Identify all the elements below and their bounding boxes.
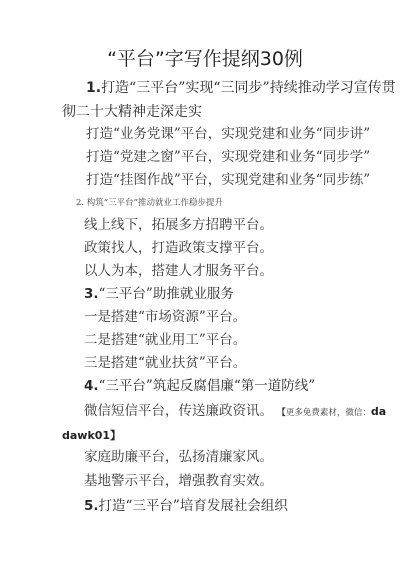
section-4-item: 基地警示平台，增强教育实效。 (84, 473, 273, 489)
section-3-heading-text: “三平台”助推就业服务 (99, 286, 234, 302)
section-1-item: 打造“业务党课”平台，实现党建和业务“同步讲” (86, 126, 370, 142)
document-page: “平台”字写作提纲30例 1.打造“三平台”实现“三同步”持续推动学习宣传贯 彻… (0, 0, 410, 580)
section-4-heading: 4.“三平台”筑起反腐倡廉“第一道防线” (84, 378, 315, 394)
section-2-heading: 2. 构筑“三平台”推动就业工作稳步提升 (76, 198, 223, 208)
section-4-heading-text: “三平台”筑起反腐倡廉“第一道防线” (99, 378, 316, 394)
section-3-item: 三是搭建“就业扶贫”平台。 (84, 355, 246, 371)
section-1-heading: 1.打造“三平台”实现“三同步”持续推动学习宣传贯 (86, 80, 396, 96)
section-4-item: 家庭助廉平台，弘扬清廉家风。 (84, 449, 273, 465)
section-4-item-text: 微信短信平台，传送廉政资讯。 (84, 403, 273, 419)
section-2-item: 以人为本，搭建人才服务平台。 (84, 263, 273, 279)
section-5-heading: 5.打造“三平台”培育发展社会组织 (84, 498, 288, 514)
section-5-number: 5. (84, 498, 99, 514)
promo-open-bracket: 【 (277, 408, 286, 418)
section-3-item: 二是搭建“就业用工”平台。 (84, 332, 246, 348)
section-2-item: 政策找人，打造政策支撑平台。 (84, 240, 273, 256)
section-3-heading: 3.“三平台”助推就业服务 (84, 286, 234, 302)
document-title: “平台”字写作提纲30例 (0, 47, 410, 71)
section-2-item: 线上线下，拓展多方招聘平台。 (84, 217, 273, 233)
promo-continuation: dawk01】 (62, 427, 121, 444)
section-3-item: 一是搭建“市场资源”平台。 (84, 309, 246, 325)
section-4-number: 4. (84, 378, 99, 394)
section-5-heading-text: 打造“三平台”培育发展社会组织 (99, 498, 288, 514)
section-1-number: 1. (86, 80, 101, 96)
promo-code-part2: dawk01 (62, 429, 110, 442)
section-4-item: 微信短信平台，传送廉政资讯。 【更多免费素材，微信：da (84, 403, 386, 421)
promo-code-part1: da (371, 405, 386, 418)
section-1-heading-line2: 彻二十大精神走深走实 (62, 104, 202, 120)
section-3-number: 3. (84, 286, 99, 302)
section-1-heading-line1: 打造“三平台”实现“三同步”持续推动学习宣传贯 (101, 80, 396, 96)
promo-close-bracket: 】 (110, 429, 121, 442)
section-1-item: 打造“党建之窗”平台，实现党建和业务“同步学” (86, 149, 370, 165)
promo-text: 更多免费素材，微信： (286, 408, 371, 418)
section-1-item: 打造“挂图作战”平台，实现党建和业务“同步练” (86, 172, 370, 188)
